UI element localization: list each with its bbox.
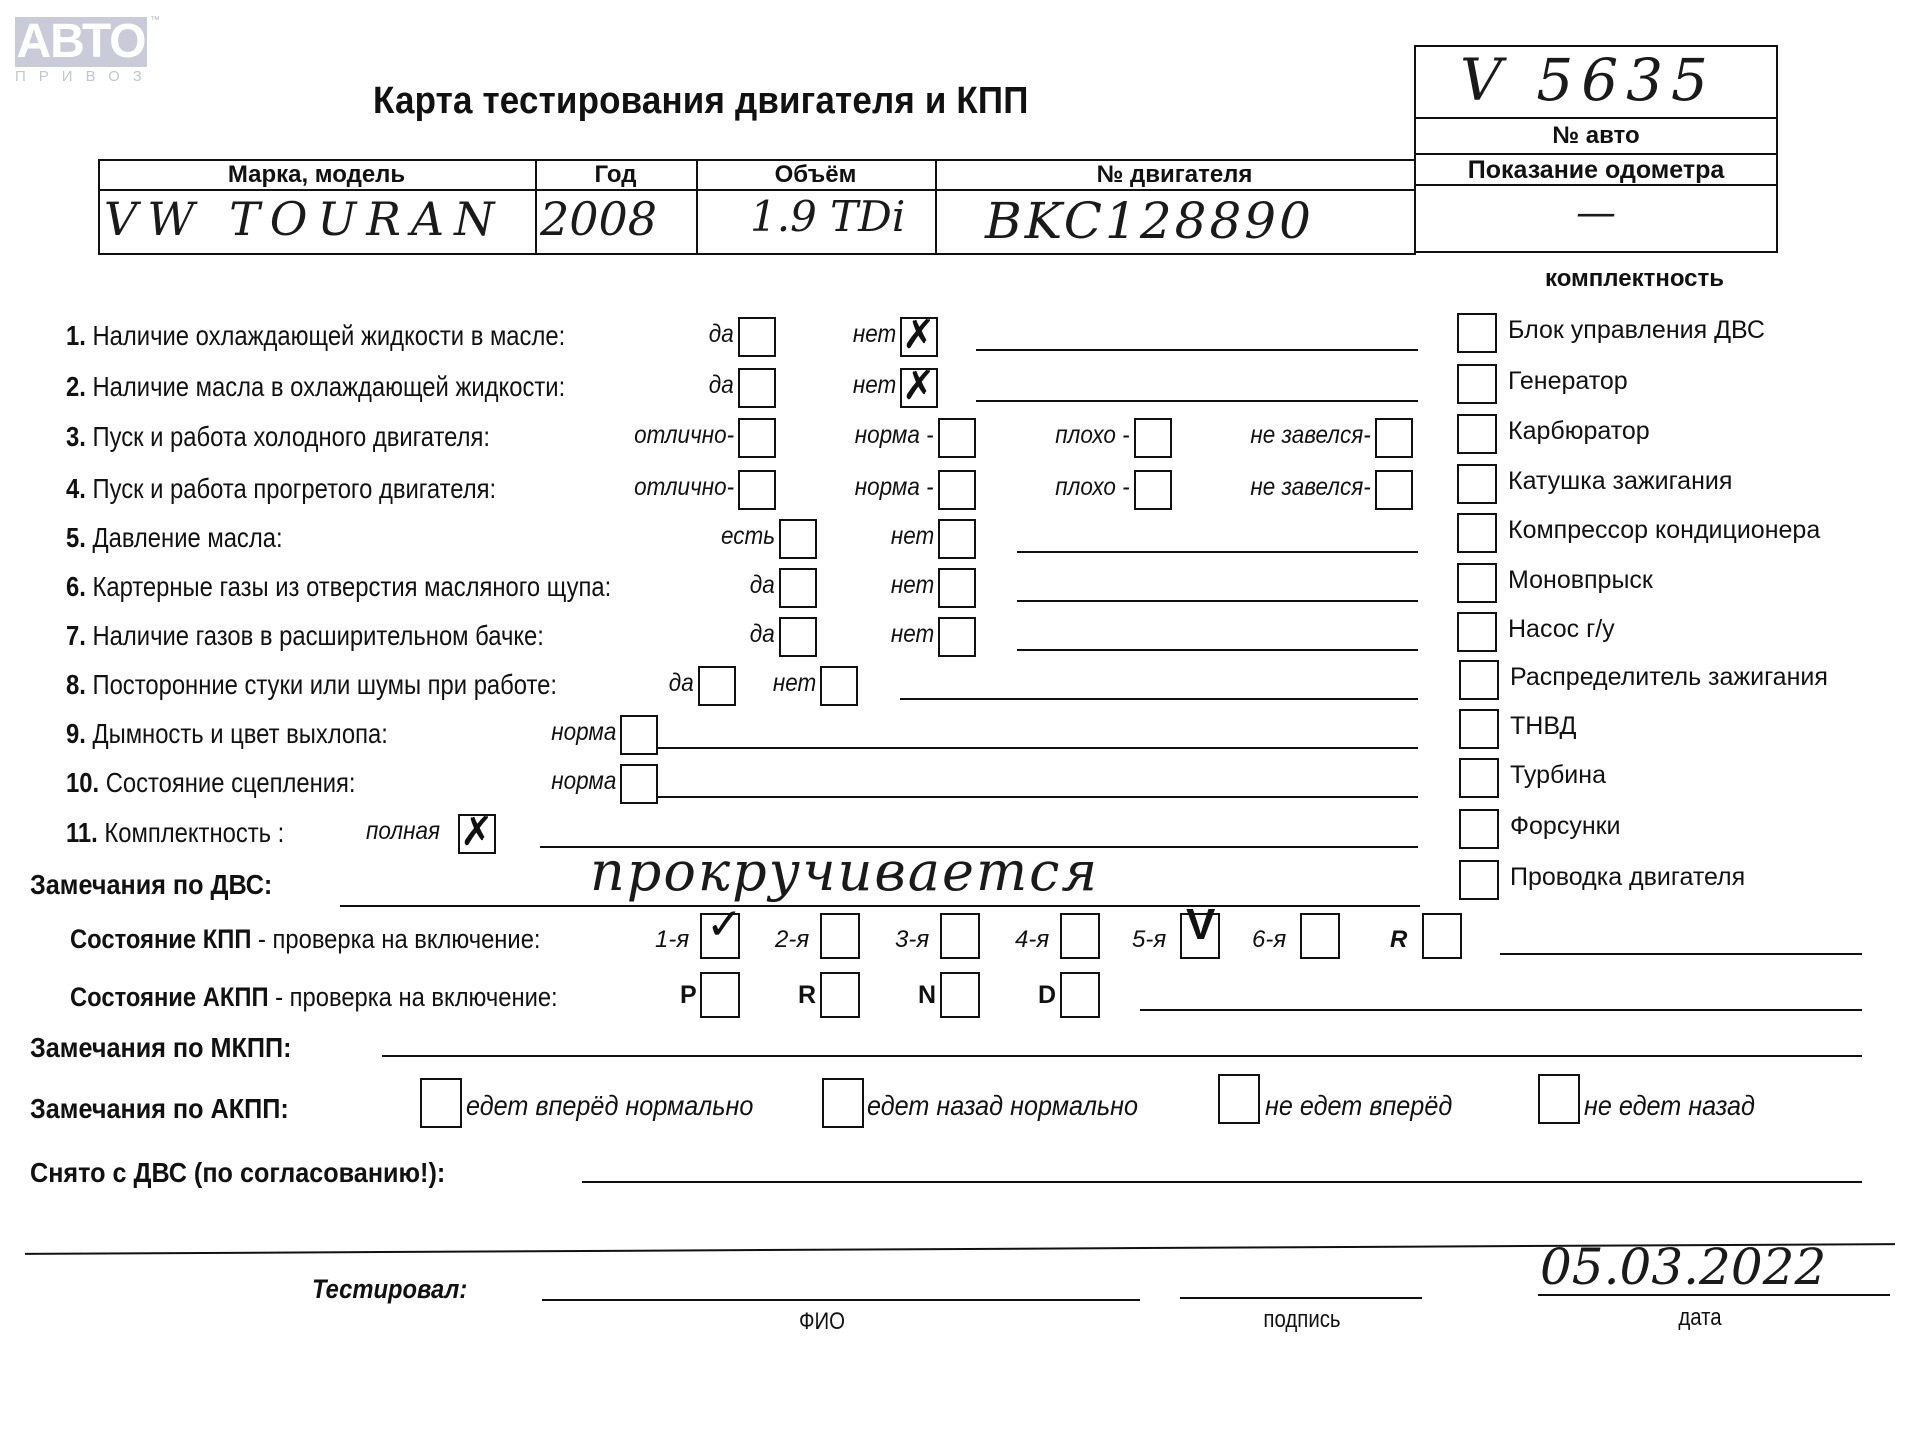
notes-line[interactable] (1017, 551, 1418, 553)
check-label: 6. Картерные газы из отверстия масляного… (66, 571, 611, 603)
check-number: 11. (66, 817, 98, 848)
option-label: норма - (855, 473, 934, 502)
divider (1414, 117, 1778, 119)
header-year: Год (535, 161, 696, 189)
car-number-value[interactable]: V 5635 (1460, 46, 1716, 114)
removed-line[interactable] (582, 1181, 1862, 1183)
v-mark-icon: V (1186, 905, 1215, 945)
checkbox[interactable] (738, 470, 776, 510)
kpp-label-bold: Состояние КПП (70, 924, 251, 954)
cross-mark-icon: ✗ (460, 812, 494, 852)
check-text: Комплектность : (104, 817, 284, 848)
check-text: Пуск и работа холодного двигателя: (92, 421, 490, 452)
position-checkbox[interactable] (1060, 972, 1100, 1018)
date-label: дата (1632, 1304, 1768, 1332)
check-label: 4. Пуск и работа прогретого двигателя: (66, 473, 496, 505)
option-label: норма (551, 767, 616, 796)
completeness-item-label: Форсунки (1510, 812, 1621, 841)
notes-line[interactable] (976, 349, 1418, 351)
check-mark-icon: ✓ (706, 905, 743, 945)
akpp-remark-checkbox[interactable] (1538, 1074, 1580, 1124)
gear-label: 4-я (1015, 926, 1049, 954)
option-label: да (750, 571, 775, 600)
kpp-label: Состояние КПП - проверка на включение: (70, 924, 541, 955)
check-label: 7. Наличие газов в расширительном бачке: (66, 620, 544, 652)
completeness-item-label: Насос г/у (1508, 615, 1615, 644)
check-label: 2. Наличие масла в охлаждающей жидкости: (66, 371, 565, 403)
option-label: не завелся- (1251, 473, 1371, 502)
akpp-remark-checkbox[interactable] (822, 1078, 864, 1128)
check-number: 5. (66, 522, 86, 553)
logo-subtext: ПРИВОЗ (15, 68, 147, 85)
date-value[interactable]: 05.03.2022 (1540, 1238, 1826, 1296)
signature-line[interactable] (1180, 1297, 1422, 1299)
check-text: Картерные газы из отверстия масляного щу… (92, 571, 611, 602)
cross-mark-icon: ✗ (902, 366, 936, 406)
position-checkbox[interactable] (940, 972, 980, 1018)
check-text: Давление масла: (92, 522, 282, 553)
completeness-item-label: Карбюратор (1508, 417, 1650, 446)
year-value[interactable]: 2008 (540, 192, 657, 246)
completeness-checkbox[interactable] (1459, 660, 1499, 700)
completeness-item-label: Генератор (1508, 367, 1628, 396)
engine-remarks-label: Замечания по ДВС: (30, 869, 272, 901)
check-label: 3. Пуск и работа холодного двигателя: (66, 421, 490, 453)
mkpp-remarks-label: Замечания по МКПП: (30, 1032, 292, 1064)
checkbox[interactable] (620, 715, 658, 755)
odometer-value[interactable]: — (1414, 190, 1778, 236)
gear-label: 1-я (655, 926, 689, 954)
option-label: отлично- (634, 421, 734, 450)
completeness-item-label: Компрессор кондиционера (1508, 516, 1820, 545)
akpp-remark-checkbox[interactable] (420, 1078, 462, 1128)
checkbox[interactable] (620, 764, 658, 804)
check-number: 4. (66, 473, 86, 504)
checkbox[interactable] (698, 666, 736, 706)
check-label: 9. Дымность и цвет выхлопа: (66, 718, 388, 750)
gear-label: 3-я (895, 926, 929, 954)
notes-line[interactable] (658, 796, 1418, 798)
checkbox[interactable] (1375, 418, 1413, 458)
check-text: Наличие масла в охлаждающей жидкости: (92, 371, 565, 402)
completeness-checkbox[interactable] (1457, 364, 1497, 404)
gear-checkbox[interactable] (1422, 913, 1462, 959)
check-number: 9. (66, 718, 86, 749)
check-text: Пуск и работа прогретого двигателя: (92, 473, 496, 504)
gear-label: R (1390, 926, 1407, 954)
akpp-notes-line (1140, 1009, 1862, 1011)
gear-checkbox[interactable] (940, 913, 980, 959)
check-label: 1. Наличие охлаждающей жидкости в масле: (66, 320, 565, 352)
option-label: да (669, 669, 694, 698)
position-checkbox[interactable] (820, 972, 860, 1018)
completeness-checkbox[interactable] (1457, 563, 1497, 603)
notes-line[interactable] (1017, 600, 1418, 602)
fio-line[interactable] (542, 1299, 1140, 1301)
checkbox[interactable] (738, 317, 776, 357)
completeness-checkbox[interactable] (1459, 860, 1499, 900)
option-label: нет (891, 620, 934, 649)
option-label: плохо - (1056, 421, 1130, 450)
odometer-label: Показание одометра (1414, 156, 1778, 185)
trademark-symbol: ™ (150, 15, 160, 26)
gear-checkbox[interactable] (1300, 913, 1340, 959)
completeness-item-label: ТНВД (1510, 712, 1576, 741)
check-number: 2. (66, 371, 86, 402)
check-number: 3. (66, 421, 86, 452)
option-label: да (750, 620, 775, 649)
fio-label: ФИО (754, 1308, 890, 1336)
completeness-title: комплектность (1545, 265, 1724, 293)
position-checkbox[interactable] (700, 972, 740, 1018)
header-engine-number: № двигателя (935, 161, 1414, 189)
checkbox[interactable] (1375, 470, 1413, 510)
akpp-remark-label: едет назад нормально (867, 1090, 1138, 1122)
engine-remarks-input[interactable]: прокручивается (590, 840, 1099, 903)
completeness-checkbox[interactable] (1459, 709, 1499, 749)
option-label: нет (891, 522, 934, 551)
checkbox[interactable] (779, 617, 817, 657)
option-label: да (709, 320, 734, 349)
completeness-item-label: Блок управления ДВС (1508, 316, 1765, 345)
checkbox[interactable] (738, 368, 776, 408)
option-label: норма (551, 718, 616, 747)
notes-line[interactable] (1017, 649, 1418, 651)
option-label: не завелся- (1251, 421, 1371, 450)
gear-label: 2-я (775, 926, 809, 954)
kpp-notes-line (1500, 953, 1862, 955)
check-number: 6. (66, 571, 86, 602)
check-text: Посторонние стуки или шумы при работе: (92, 669, 557, 700)
check-text: Наличие охлаждающей жидкости в масле: (92, 320, 565, 351)
akpp-remark-label: не едет назад (1584, 1090, 1755, 1122)
checkbox[interactable] (779, 519, 817, 559)
notes-line[interactable] (976, 400, 1418, 402)
notes-line[interactable] (658, 747, 1418, 749)
check-label: 5. Давление масла: (66, 522, 283, 554)
completeness-checkbox[interactable] (1457, 464, 1497, 504)
completeness-checkbox[interactable] (1459, 758, 1499, 798)
akpp-label-bold: Состояние АКПП (70, 982, 269, 1012)
checkbox[interactable] (938, 470, 976, 510)
removed-label: Снято с ДВС (по согласованию!): (30, 1157, 445, 1189)
option-label: нет (773, 669, 816, 698)
checkbox[interactable] (1134, 470, 1172, 510)
completeness-item-label: Турбина (1510, 761, 1606, 790)
check-label: 8. Посторонние стуки или шумы при работе… (66, 669, 557, 701)
table-header-divider (98, 189, 1416, 191)
completeness-item-label: Катушка зажигания (1508, 467, 1732, 496)
akpp-remark-label: не едет вперёд (1265, 1090, 1452, 1122)
checkbox[interactable] (938, 519, 976, 559)
checkbox[interactable] (1134, 418, 1172, 458)
check-label: 10. Состояние сцепления: (66, 767, 356, 799)
akpp-label: Состояние АКПП - проверка на включение: (70, 982, 558, 1013)
car-number-label: № авто (1414, 122, 1778, 150)
signature-label: подпись (1234, 1306, 1370, 1334)
gear-checkbox[interactable] (1060, 913, 1100, 959)
completeness-checkbox[interactable] (1457, 513, 1497, 553)
volume-value[interactable]: 1.9 TDi (750, 192, 905, 241)
completeness-item-label: Моновпрыск (1508, 566, 1653, 595)
option-label: есть (721, 522, 775, 551)
gear-checkbox[interactable] (820, 913, 860, 959)
completeness-item-label: Проводка двигателя (1510, 863, 1745, 892)
check-text: Дымность и цвет выхлопа: (92, 718, 387, 749)
check-label: 11. Комплектность : (66, 817, 284, 849)
check-number: 8. (66, 669, 86, 700)
option-label: да (709, 371, 734, 400)
position-label: P (680, 981, 697, 1010)
akpp-remark-label: едет вперёд нормально (466, 1090, 753, 1122)
check-number: 1. (66, 320, 86, 351)
page-title: Карта тестирования двигателя и КПП (373, 80, 1029, 123)
completeness-checkbox[interactable] (1457, 414, 1497, 454)
akpp-remark-checkbox[interactable] (1218, 1074, 1260, 1124)
checkbox[interactable] (938, 617, 976, 657)
akpp-label-rest: - проверка на включение: (269, 982, 558, 1012)
checkbox[interactable] (779, 568, 817, 608)
check-text: Наличие газов в расширительном бачке: (92, 620, 543, 651)
engine-number-value[interactable]: BKC128890 (985, 192, 1314, 250)
option-label: нет (853, 371, 896, 400)
gear-label: 5-я (1132, 926, 1166, 954)
completeness-checkbox[interactable] (1459, 809, 1499, 849)
check-number: 7. (66, 620, 86, 651)
checkbox[interactable] (938, 418, 976, 458)
header-volume: Объём (696, 161, 935, 189)
checkbox[interactable] (738, 418, 776, 458)
gear-label: 6-я (1252, 926, 1286, 954)
akpp-remarks-label: Замечания по АКПП: (30, 1093, 289, 1125)
divider (1414, 153, 1778, 155)
position-label: N (918, 981, 936, 1010)
completeness-checkbox[interactable] (1457, 313, 1497, 353)
option-label: отлично- (634, 473, 734, 502)
check-number: 10. (66, 767, 99, 798)
option-label: нет (891, 571, 934, 600)
make-model-value[interactable]: VW TOURAN (104, 192, 504, 246)
header-make-model: Марка, модель (98, 161, 535, 189)
checkbox[interactable] (938, 568, 976, 608)
option-label: полная (366, 817, 440, 846)
notes-line[interactable] (900, 698, 1418, 700)
kpp-label-rest: - проверка на включение: (251, 924, 540, 954)
option-label: нет (853, 320, 896, 349)
position-label: R (798, 981, 816, 1010)
checkbox[interactable] (820, 666, 858, 706)
mkpp-remarks-line[interactable] (382, 1055, 1862, 1057)
avto-privoz-logo: АВТО (15, 17, 147, 67)
option-label: плохо - (1056, 473, 1130, 502)
option-label: норма - (855, 421, 934, 450)
check-text: Состояние сцепления: (106, 767, 356, 798)
cross-mark-icon: ✗ (902, 315, 936, 355)
completeness-checkbox[interactable] (1457, 612, 1497, 652)
engine-remarks-line (340, 905, 1420, 907)
tested-by-label: Тестировал: (312, 1274, 467, 1305)
completeness-item-label: Распределитель зажигания (1510, 663, 1828, 692)
position-label: D (1038, 981, 1056, 1010)
